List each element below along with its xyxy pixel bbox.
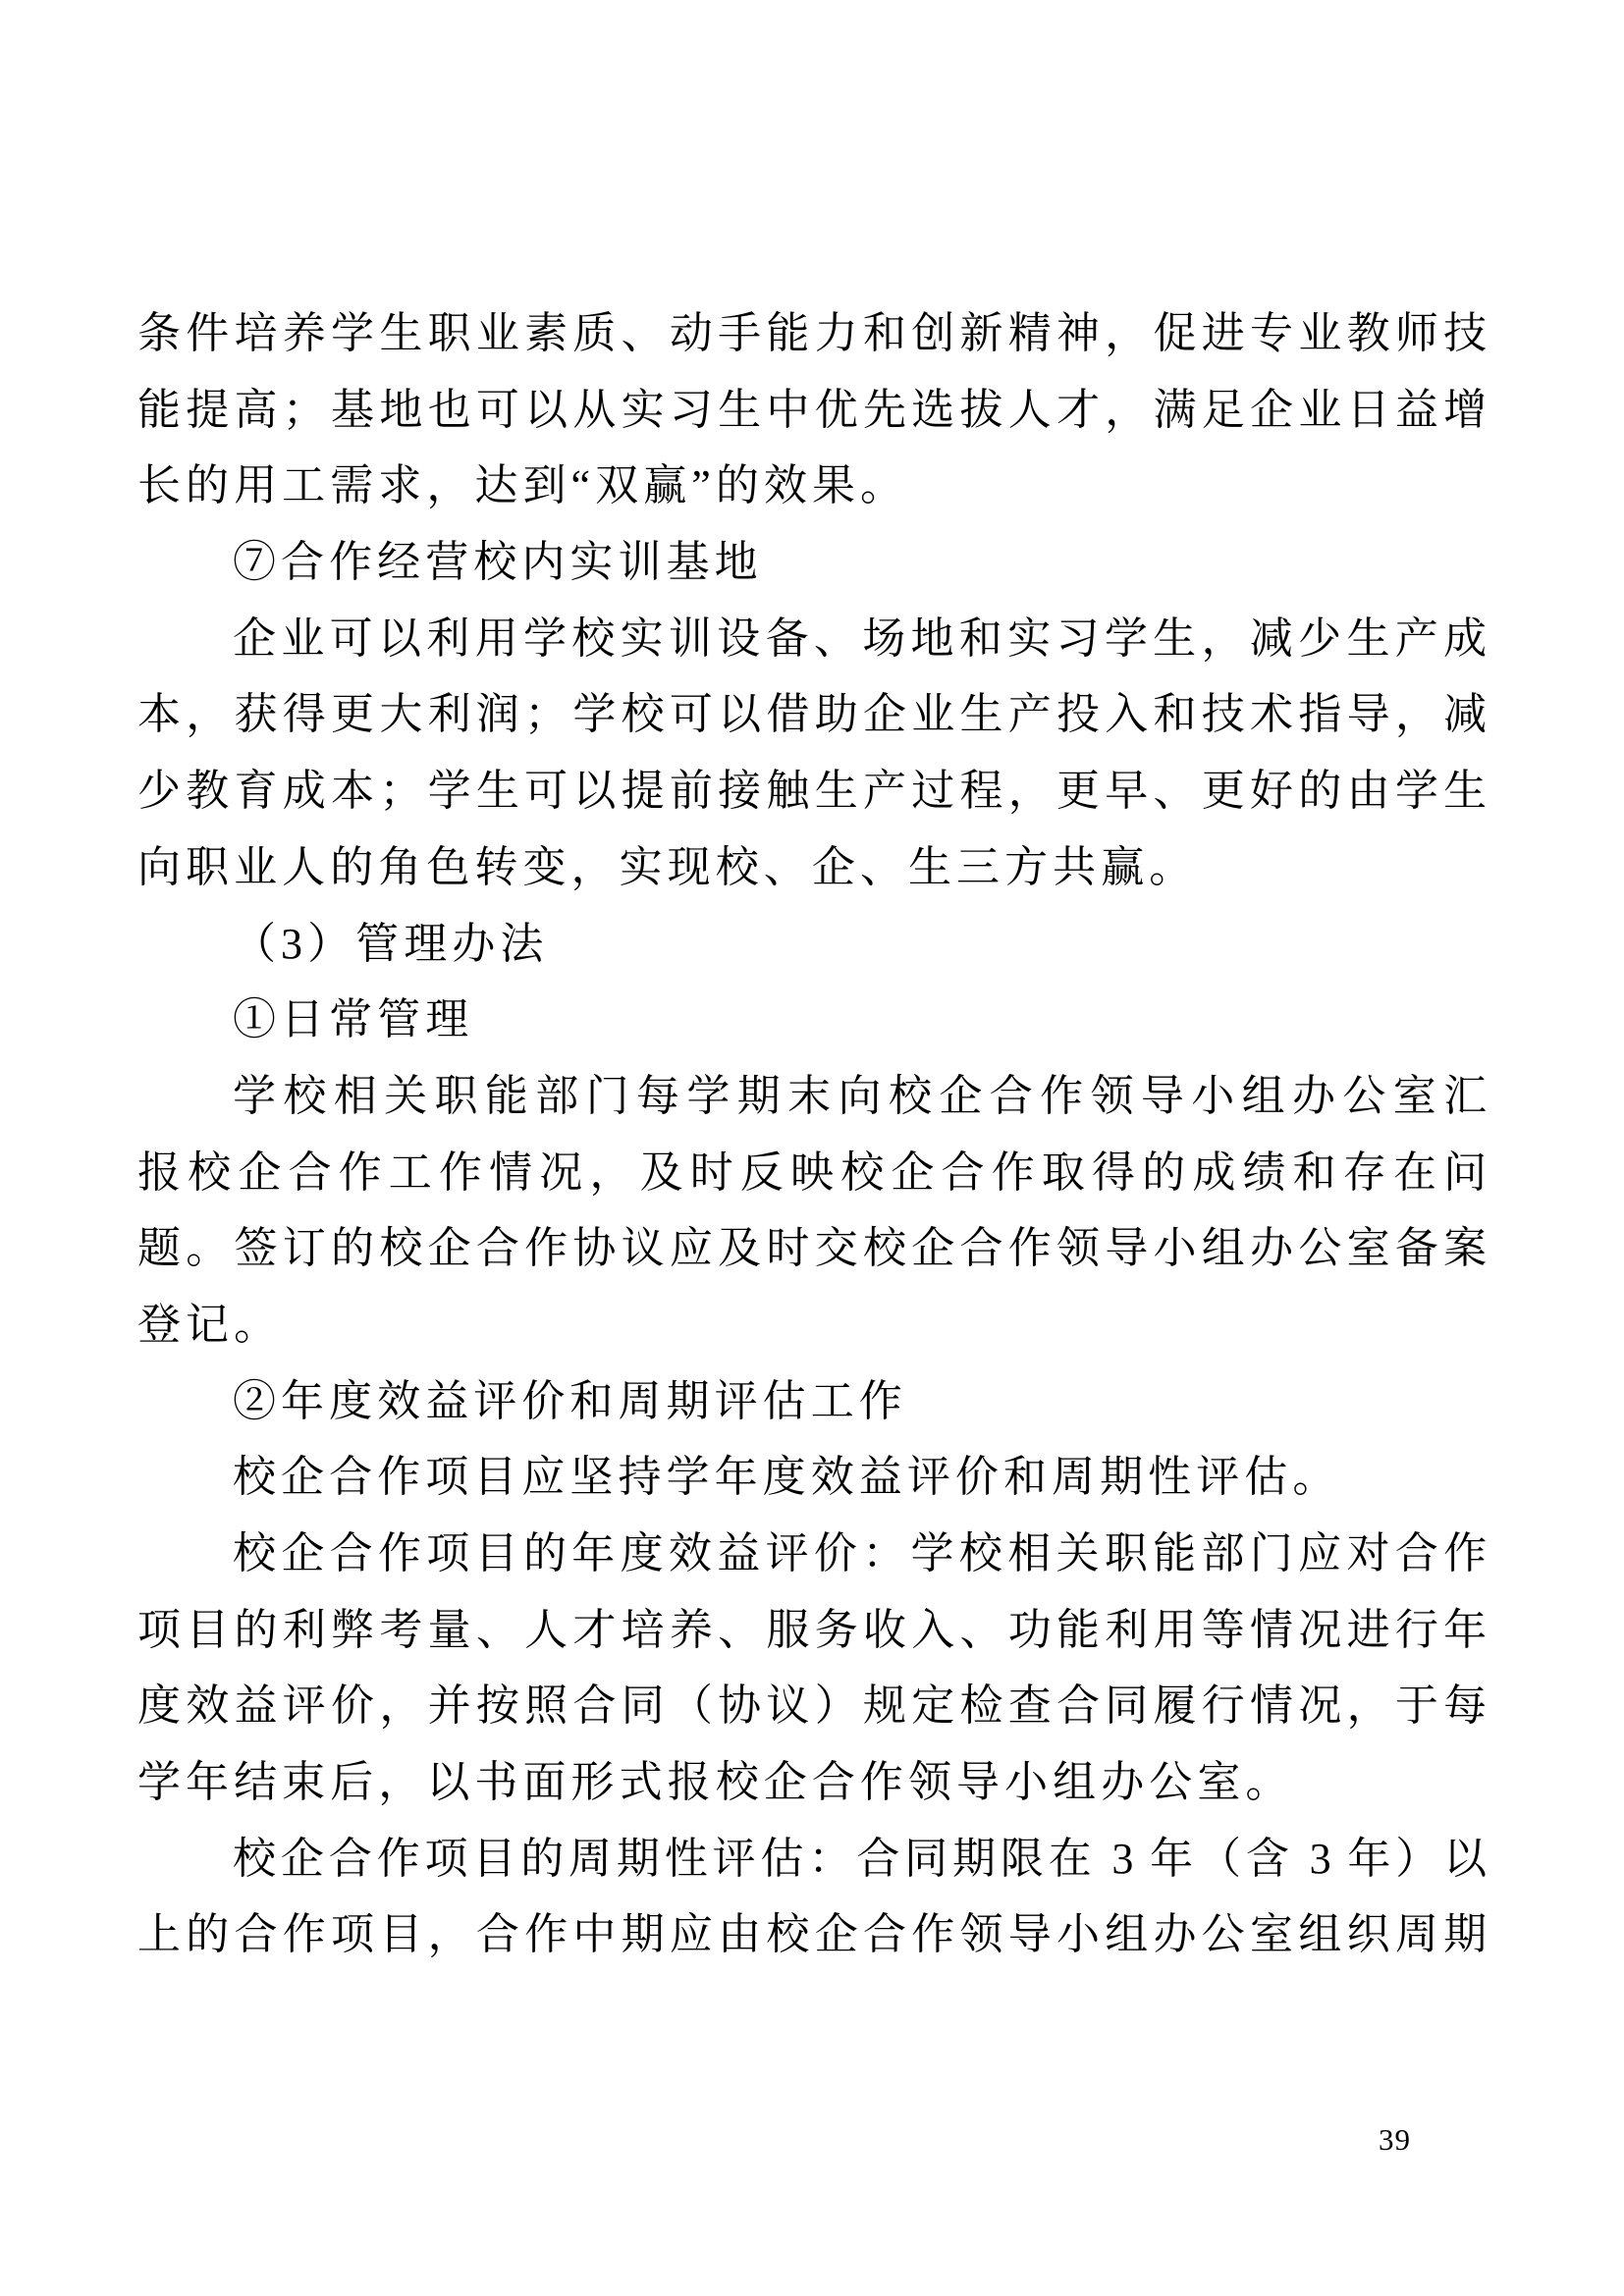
document-body: 条件培养学生职业素质、动手能力和创新精神，促进专业教师技能提高；基地也可以从实习… — [137, 295, 1488, 1973]
body-line: 登记。 — [137, 1287, 1488, 1363]
body-line: 校企合作项目的周期性评估：合同期限在 3 年（含 3 年）以 — [137, 1821, 1488, 1897]
body-line: 上的合作项目，合作中期应由校企合作领导小组办公室组织周期 — [137, 1896, 1488, 1973]
body-line: 向职业人的角色转变，实现校、企、生三方共赢。 — [137, 829, 1488, 906]
body-line: 报校企合作工作情况，及时反映校企合作取得的成绩和存在问 — [137, 1135, 1488, 1211]
body-line: 条件培养学生职业素质、动手能力和创新精神，促进专业教师技 — [137, 295, 1488, 372]
body-line: 题。签订的校企合作协议应及时交校企合作领导小组办公室备案 — [137, 1210, 1488, 1287]
sub-item-1-heading: ①日常管理 — [137, 982, 1488, 1058]
body-line: 企业可以利用学校实训设备、场地和实习学生，减少生产成 — [137, 601, 1488, 677]
body-line: 本，获得更大利润；学校可以借助企业生产投入和技术指导，减 — [137, 676, 1488, 753]
body-line: 学年结束后，以书面形式报校企合作领导小组办公室。 — [137, 1744, 1488, 1821]
body-line: 长的用工需求，达到“双赢”的效果。 — [137, 448, 1488, 524]
body-line: 校企合作项目应坚持学年度效益评价和周期性评估。 — [137, 1439, 1488, 1516]
body-line: 能提高；基地也可以从实习生中优先选拔人才，满足企业日益增 — [137, 372, 1488, 449]
document-page: 条件培养学生职业素质、动手能力和创新精神，促进专业教师技能提高；基地也可以从实习… — [0, 0, 1624, 2296]
body-line: 度效益评价，并按照合同（协议）规定检查合同履行情况，于每 — [137, 1668, 1488, 1744]
sub-item-2-heading: ②年度效益评价和周期评估工作 — [137, 1363, 1488, 1440]
body-line: 学校相关职能部门每学期末向校企合作领导小组办公室汇 — [137, 1058, 1488, 1135]
item-7-heading: ⑦合作经营校内实训基地 — [137, 524, 1488, 601]
page-number: 39 — [1379, 2120, 1411, 2160]
body-line: 校企合作项目的年度效益评价：学校相关职能部门应对合作 — [137, 1516, 1488, 1592]
body-line: 项目的利弊考量、人才培养、服务收入、功能利用等情况进行年 — [137, 1592, 1488, 1669]
section-3-heading: （3）管理办法 — [137, 906, 1488, 983]
body-line: 少教育成本；学生可以提前接触生产过程，更早、更好的由学生 — [137, 753, 1488, 829]
